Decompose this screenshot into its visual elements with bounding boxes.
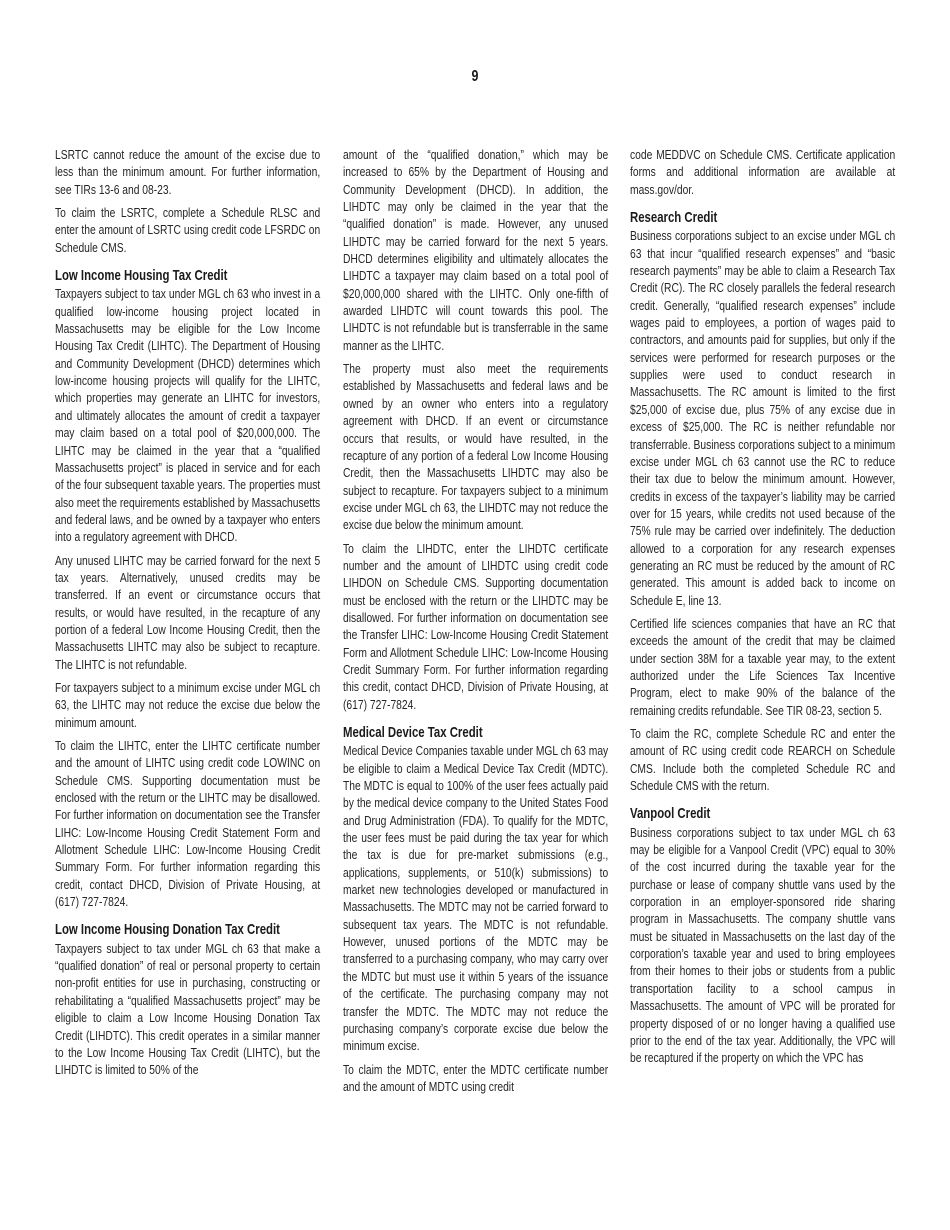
- heading-vanpool-credit: Vanpool Credit: [630, 806, 895, 823]
- heading-medical-device-tax-credit: Medical Device Tax Credit: [343, 725, 608, 742]
- heading-low-income-housing-tax-credit: Low Income Housing Tax Credit: [55, 268, 320, 285]
- paragraph-lsrtc-claim: To claim the LSRTC, complete a Schedule …: [55, 204, 320, 256]
- paragraph-vpc-overview: Business corporations subject to tax und…: [630, 824, 895, 1067]
- paragraph-lihdtc-overview: Taxpayers subject to tax under MGL ch 63…: [55, 940, 320, 1079]
- paragraph-lihdtc-continued: amount of the “qualified donation,” whic…: [343, 146, 608, 354]
- paragraph-mdtc-claim: To claim the MDTC, enter the MDTC certif…: [343, 1061, 608, 1096]
- paragraph-lihtc-overview: Taxpayers subject to tax under MGL ch 63…: [55, 285, 320, 545]
- heading-research-credit: Research Credit: [630, 210, 895, 227]
- column-1: LSRTC cannot reduce the amount of the ex…: [55, 146, 320, 1085]
- paragraph-mdtc-overview: Medical Device Companies taxable under M…: [343, 742, 608, 1054]
- paragraph-lihtc-minimum-excise: For taxpayers subject to a minimum excis…: [55, 679, 320, 731]
- paragraph-rc-claim: To claim the RC, complete Schedule RC an…: [630, 725, 895, 794]
- column-3: code MEDDVC on Schedule CMS. Certificate…: [630, 146, 895, 1073]
- paragraph-lsrtc-limit: LSRTC cannot reduce the amount of the ex…: [55, 146, 320, 198]
- paragraph-rc-life-sciences: Certified life sciences companies that h…: [630, 615, 895, 719]
- paragraph-lihdtc-claim: To claim the LIHDTC, enter the LIHDTC ce…: [343, 540, 608, 713]
- page-number: 9: [105, 68, 846, 86]
- paragraph-mdtc-claim-continued: code MEDDVC on Schedule CMS. Certificate…: [630, 146, 895, 198]
- paragraph-lihtc-claim: To claim the LIHTC, enter the LIHTC cert…: [55, 737, 320, 910]
- heading-low-income-housing-donation-tax-credit: Low Income Housing Donation Tax Credit: [55, 922, 320, 939]
- paragraph-lihtc-carryforward: Any unused LIHTC may be carried forward …: [55, 552, 320, 673]
- column-2: amount of the “qualified donation,” whic…: [343, 146, 608, 1101]
- paragraph-lihdtc-property-requirements: The property must also meet the requirem…: [343, 360, 608, 533]
- paragraph-rc-overview: Business corporations subject to an exci…: [630, 227, 895, 609]
